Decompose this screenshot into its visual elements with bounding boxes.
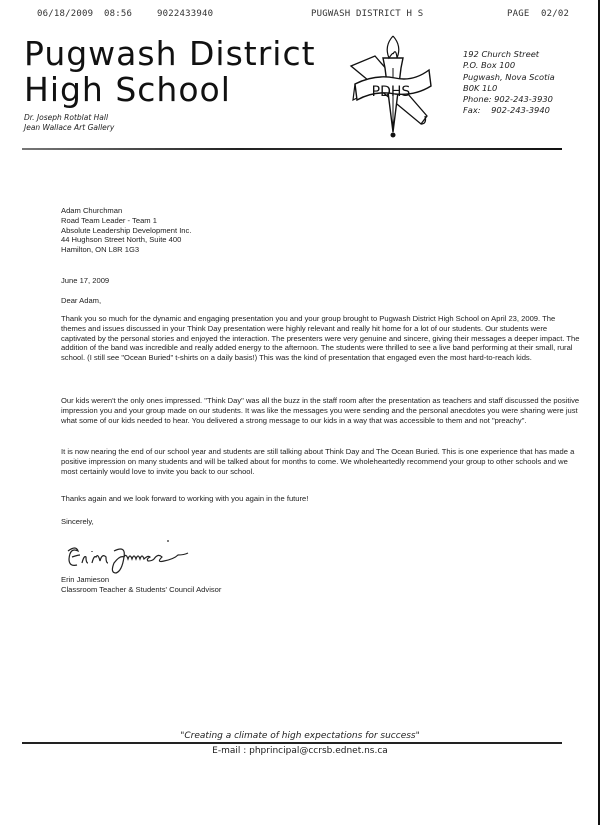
- address-fax: Fax: 902-243-3940: [463, 105, 555, 116]
- letter-date: June 17, 2009: [61, 276, 109, 286]
- school-name-line2: High School: [24, 72, 316, 108]
- signer-title: Classroom Teacher & Students' Council Ad…: [61, 585, 221, 595]
- school-address: 192 Church Street P.O. Box 100 Pugwash, …: [463, 49, 555, 117]
- school-name-line1: Pugwash District: [24, 36, 316, 72]
- recipient-city: Hamilton, ON L8R 1G3: [61, 245, 191, 255]
- fax-page-number: 02/02: [541, 9, 569, 19]
- signer-name: Erin Jamieson: [61, 575, 221, 585]
- fax-header: 06/18/2009 08:56 9022433940 PUGWASH DIST…: [0, 9, 600, 23]
- body-paragraph: It is now nearing the end of our school …: [61, 447, 581, 476]
- fax-time: 08:56: [104, 9, 132, 19]
- address-street: 192 Church Street: [463, 49, 555, 60]
- recipient-title: Road Team Leader - Team 1: [61, 216, 191, 226]
- subtitle-line: Dr. Joseph Rotblat Hall: [24, 113, 114, 123]
- school-name: Pugwash District High School: [24, 36, 316, 108]
- fax-phone: 9022433940: [157, 9, 213, 19]
- subtitle-line: Jean Wallace Art Gallery: [24, 123, 114, 133]
- recipient-name: Adam Churchman: [61, 206, 191, 216]
- address-po-box: P.O. Box 100: [463, 60, 555, 71]
- letterhead-divider: [22, 148, 562, 150]
- fax-date: 06/18/2009: [37, 9, 93, 19]
- signer-block: Erin Jamieson Classroom Teacher & Studen…: [61, 575, 221, 595]
- closing: Sincerely,: [61, 517, 94, 527]
- school-crest-icon: PDHS: [345, 32, 437, 140]
- address-phone: Phone: 902-243-3930: [463, 94, 555, 105]
- recipient-street: 44 Hughson Street North, Suite 400: [61, 235, 191, 245]
- footer-divider: [22, 742, 562, 744]
- letterhead-subtitle: Dr. Joseph Rotblat Hall Jean Wallace Art…: [24, 113, 114, 133]
- salutation: Dear Adam,: [61, 296, 101, 306]
- address-city: Pugwash, Nova Scotia: [463, 72, 555, 83]
- footer-email: E-mail : phprincipal@ccrsb.ednet.ns.ca: [0, 746, 600, 756]
- svg-text:PDHS: PDHS: [372, 84, 411, 100]
- school-motto: "Creating a climate of high expectations…: [0, 731, 600, 741]
- recipient-block: Adam Churchman Road Team Leader - Team 1…: [61, 206, 191, 255]
- address-postal-code: B0K 1L0: [463, 83, 555, 94]
- signature-image: [64, 537, 224, 575]
- fax-sender: PUGWASH DISTRICT H S: [311, 9, 423, 19]
- fax-page-label: PAGE: [507, 9, 529, 19]
- recipient-company: Absolute Leadership Development Inc.: [61, 226, 191, 236]
- body-paragraph: Thank you so much for the dynamic and en…: [61, 314, 581, 363]
- thanks-line: Thanks again and we look forward to work…: [61, 494, 308, 504]
- body-paragraph: Our kids weren't the only ones impressed…: [61, 396, 581, 425]
